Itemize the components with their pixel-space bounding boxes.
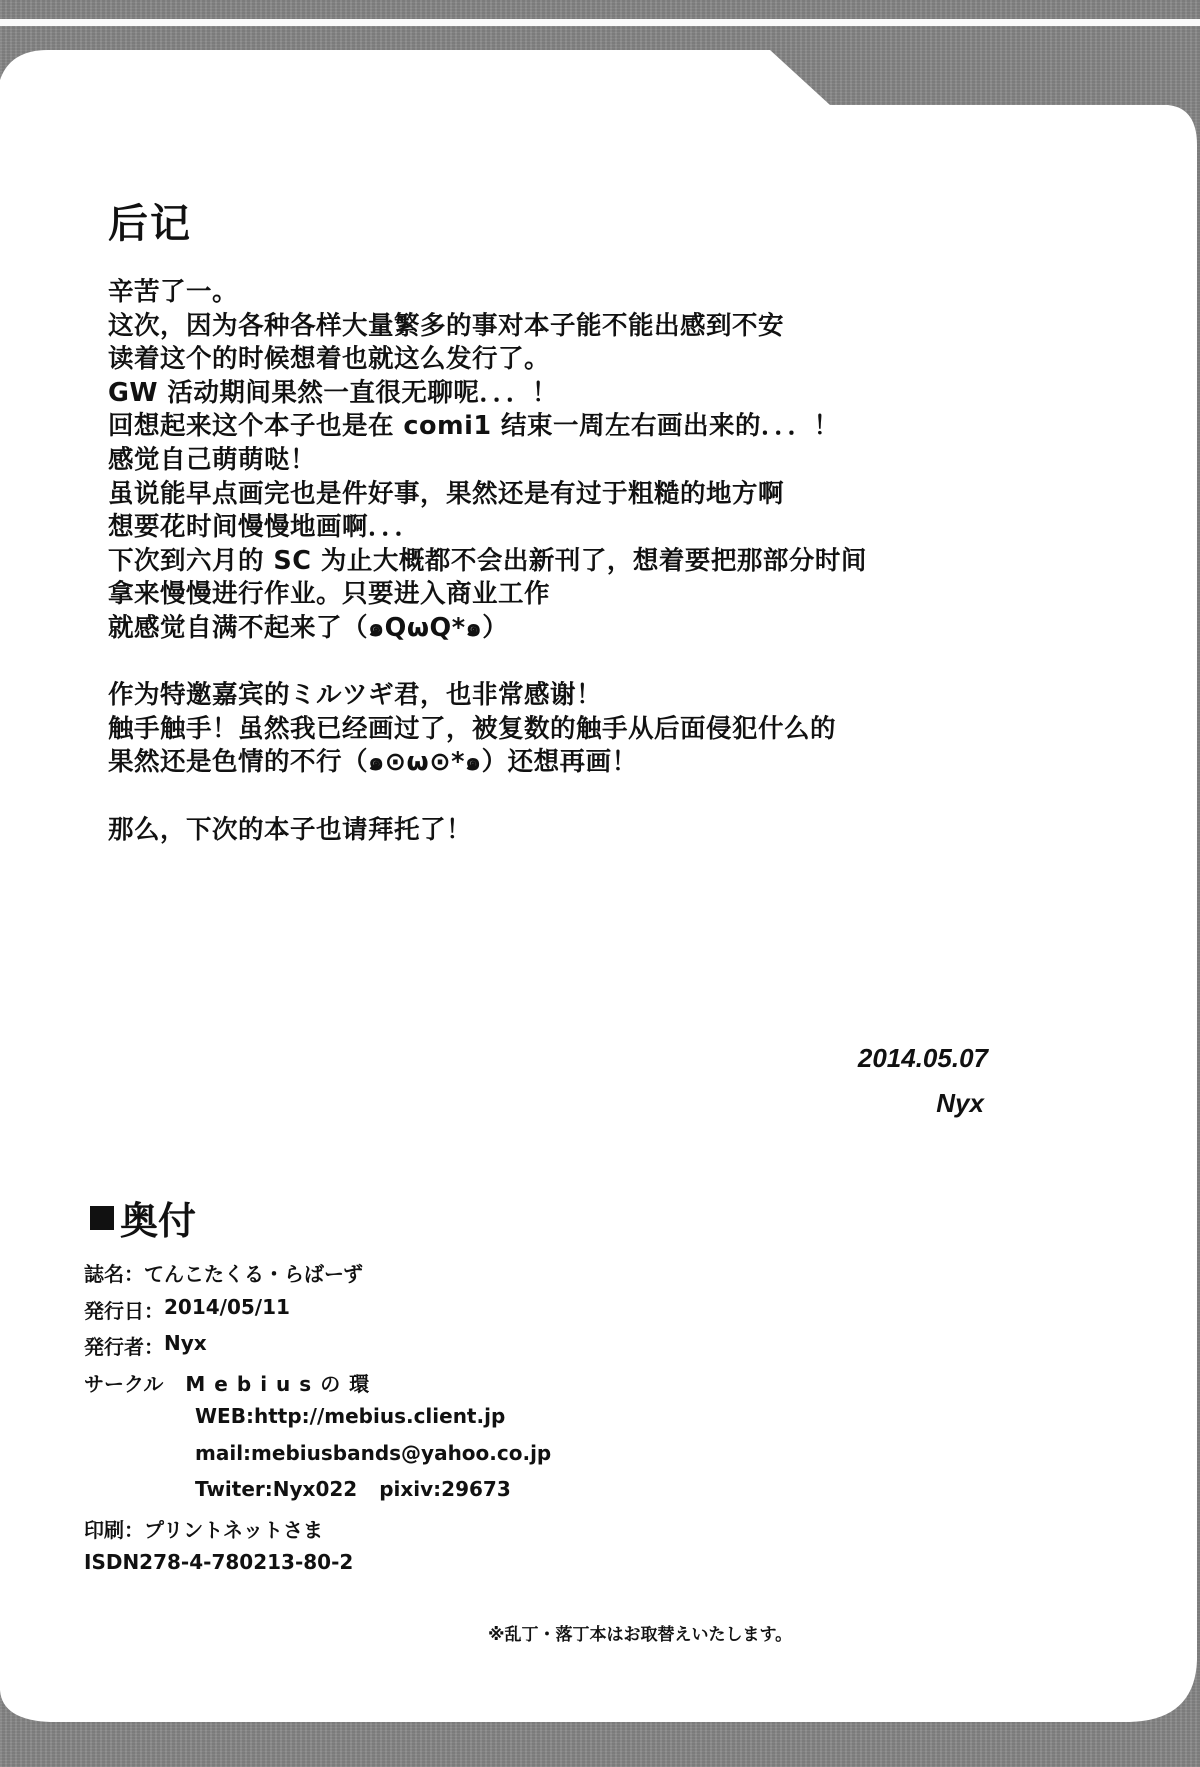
black-square-icon — [90, 1206, 114, 1230]
replacement-notice: ※乱丁・落丁本はお取替えいたします。 — [488, 1620, 792, 1645]
afterword-line: 辛苦了一。 — [108, 276, 988, 310]
colophon-label: 発行日： — [84, 1295, 164, 1332]
colophon-row-circle: サークル Mebiusの環 — [84, 1368, 551, 1405]
colophon-value: プリントネットさま — [144, 1514, 323, 1551]
colophon-heading: 奥付 — [90, 1190, 196, 1245]
paragraph-gap — [108, 646, 988, 680]
colophon-row-issue-date: 発行日： 2014/05/11 — [84, 1295, 551, 1332]
colophon-title: 奥付 — [120, 1190, 196, 1245]
colophon-label: 誌名： — [84, 1258, 144, 1295]
afterword-line: 想要花时间慢慢地画啊．．． — [108, 511, 988, 545]
colophon-value: Mebiusの環 — [185, 1368, 378, 1405]
afterword-body: 辛苦了一。 这次，因为各种各样大量繁多的事对本子能不能出感到不安 读着这个的时候… — [108, 276, 988, 847]
colophon-value: Nyx — [164, 1331, 207, 1368]
colophon-label: 発行者： — [84, 1331, 164, 1368]
afterword-line: 虽说能早点画完也是件好事，果然还是有过于粗糙的地方啊 — [108, 478, 988, 512]
colophon-label: サークル — [84, 1368, 163, 1405]
colophon-row-isdn: ISDN278-4-780213-80-2 — [84, 1550, 551, 1587]
afterword-signature: Nyx — [936, 1088, 984, 1119]
colophon-label: 印刷： — [84, 1514, 144, 1551]
afterword-line: 就感觉自满不起来了（๑QωQ*๑） — [108, 612, 988, 646]
afterword-line: GW 活动期间果然一直很无聊呢．．．！ — [108, 377, 988, 411]
colophon-row-web: WEB:http://mebius.client.jp — [84, 1404, 551, 1441]
afterword-line: 回想起来这个本子也是在 comi1 结束一周左右画出来的．．．！ — [108, 410, 988, 444]
colophon-details: 誌名： てんこたくる・らばーず 発行日： 2014/05/11 発行者： Nyx… — [84, 1258, 551, 1587]
afterword-line: 下次到六月的 SC 为止大概都不会出新刊了，想着要把那部分时间 — [108, 545, 988, 579]
colophon-row-title: 誌名： てんこたくる・らばーず — [84, 1258, 551, 1295]
colophon-row-social: Twiter:Nyx022 pixiv:29673 — [84, 1477, 551, 1514]
afterword-line: 那么，下次的本子也请拜托了！ — [108, 814, 988, 848]
colophon-value: てんこたくる・らばーず — [144, 1258, 363, 1295]
web-link[interactable]: WEB:http://mebius.client.jp — [195, 1404, 505, 1441]
colophon-row-mail: mail:mebiusbands@yahoo.co.jp — [84, 1441, 551, 1478]
afterword-line: 作为特邀嘉宾的ミルツギ君，也非常感谢！ — [108, 679, 988, 713]
afterword-line: 拿来慢慢进行作业。只要进入商业工作 — [108, 578, 988, 612]
colophon-row-publisher: 発行者： Nyx — [84, 1331, 551, 1368]
isdn-number: ISDN278-4-780213-80-2 — [84, 1550, 353, 1587]
pixiv-id: pixiv:29673 — [379, 1477, 511, 1514]
afterword-line: 感觉自己萌萌哒！ — [108, 444, 988, 478]
afterword-line: 这次，因为各种各样大量繁多的事对本子能不能出感到不安 — [108, 310, 988, 344]
colophon-row-printer: 印刷： プリントネットさま — [84, 1514, 551, 1551]
afterword-date: 2014.05.07 — [858, 1043, 988, 1074]
twitter-handle: Twiter:Nyx022 — [195, 1477, 357, 1514]
paragraph-gap — [108, 780, 988, 814]
mail-link[interactable]: mail:mebiusbands@yahoo.co.jp — [195, 1441, 551, 1478]
afterword-title: 后记 — [108, 192, 192, 249]
afterword-line: 读着这个的时候想着也就这么发行了。 — [108, 343, 988, 377]
afterword-line: 触手触手！虽然我已经画过了，被复数的触手从后面侵犯什么的 — [108, 713, 988, 747]
afterword-line: 果然还是色情的不行（๑⊙ω⊙*๑）还想再画！ — [108, 746, 988, 780]
colophon-value: 2014/05/11 — [164, 1295, 290, 1332]
